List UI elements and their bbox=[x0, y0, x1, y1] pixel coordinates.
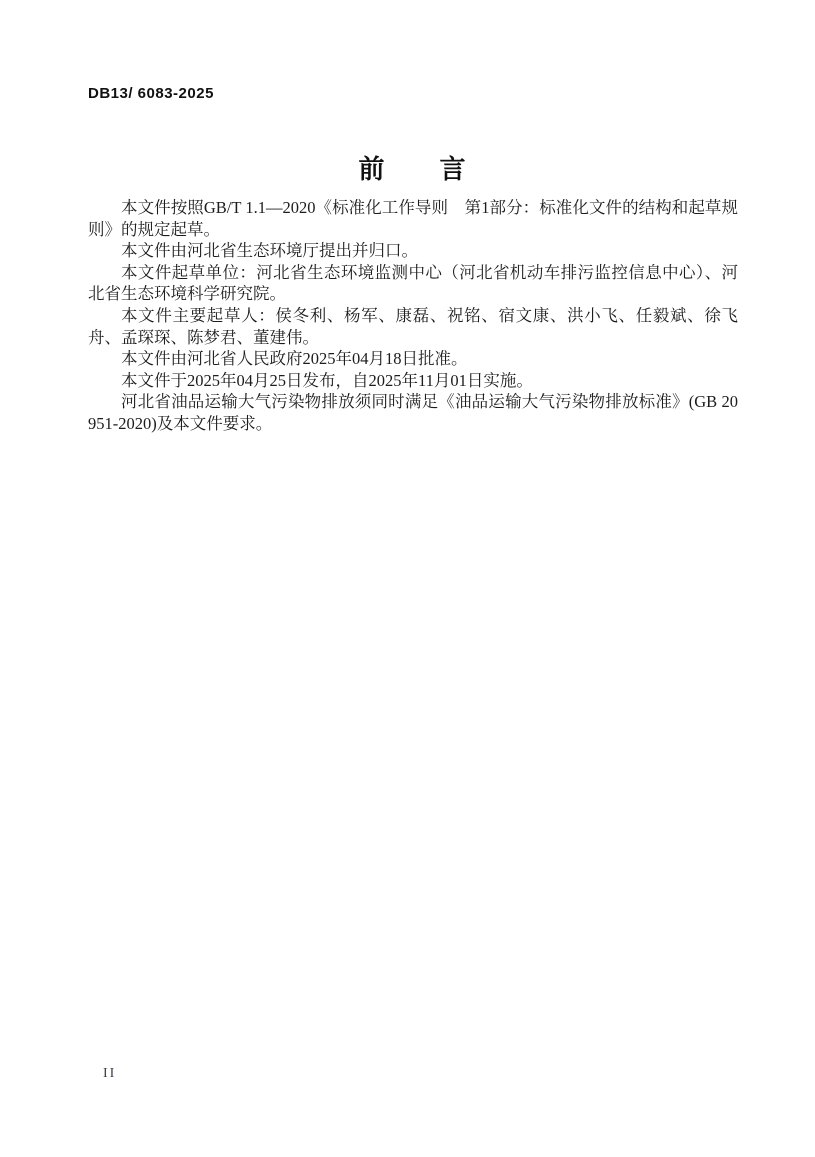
foreword-paragraph-main-drafters: 本文件主要起草人：侯冬利、杨军、康磊、祝铭、宿文康、洪小飞、任毅斌、徐飞舟、孟琛… bbox=[88, 305, 738, 348]
foreword-paragraph-approval-date: 本文件由河北省人民政府2025年04月18日批准。 bbox=[88, 348, 738, 370]
foreword-paragraph-drafting-rules: 本文件按照GB/T 1.1—2020《标准化工作导则 第1部分：标准化文件的结构… bbox=[88, 197, 738, 240]
document-page: DB13/ 6083-2025 前 言 本文件按照GB/T 1.1—2020《标… bbox=[0, 0, 815, 1157]
page-number: II bbox=[103, 1066, 116, 1082]
foreword-paragraph-compliance-requirement: 河北省油品运输大气污染物排放须同时满足《油品运输大气污染物排放标准》(GB 20… bbox=[88, 391, 738, 434]
document-number: DB13/ 6083-2025 bbox=[88, 85, 214, 102]
page-title: 前 言 bbox=[88, 149, 737, 186]
foreword-paragraph-drafting-organizations: 本文件起草单位：河北省生态环境监测中心（河北省机动车排污监控信息中心）、河北省生… bbox=[88, 262, 738, 305]
foreword-body: 本文件按照GB/T 1.1—2020《标准化工作导则 第1部分：标准化文件的结构… bbox=[88, 197, 738, 435]
foreword-paragraph-proposing-body: 本文件由河北省生态环境厅提出并归口。 bbox=[88, 240, 738, 262]
foreword-paragraph-publish-implement-dates: 本文件于2025年04月25日发布，自2025年11月01日实施。 bbox=[88, 370, 738, 392]
